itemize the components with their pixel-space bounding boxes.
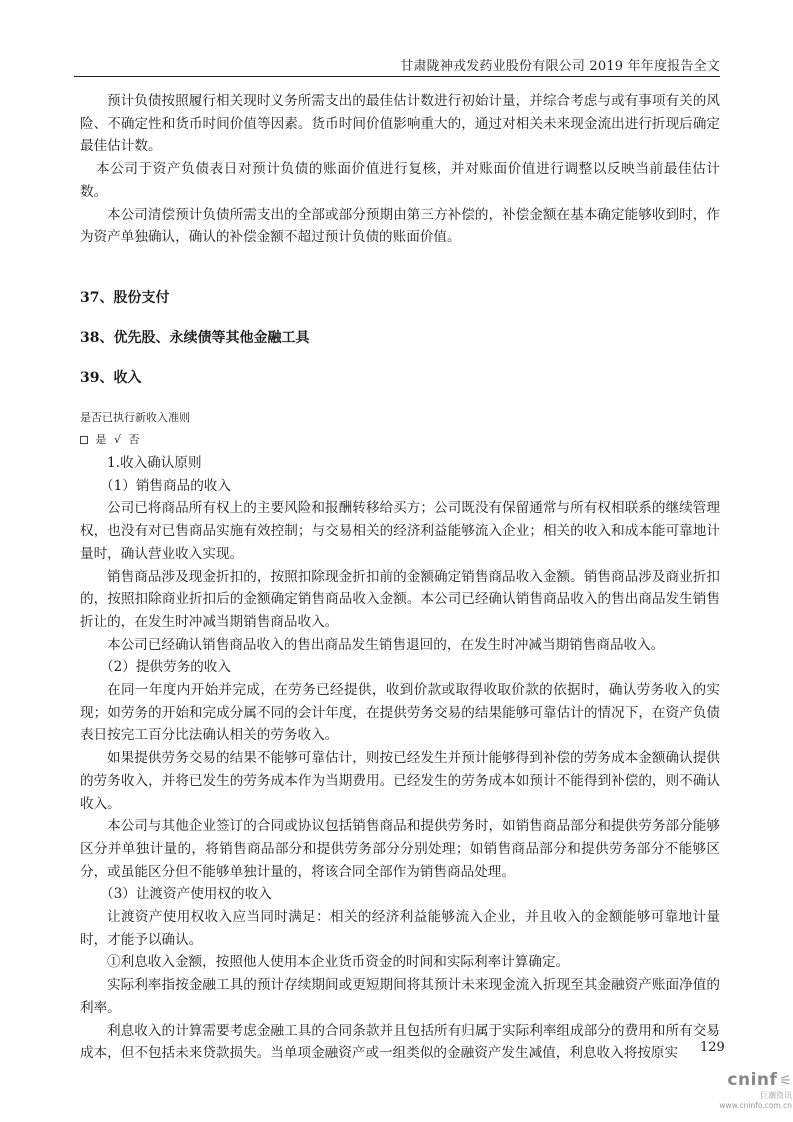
page-header: 甘肃陇神戎发药业股份有限公司 2019 年年度报告全文	[74, 52, 720, 77]
paragraph: 预计负债按照履行相关现时义务所需支出的最佳估计数进行初始计量，并综合考虑与或有事…	[80, 90, 720, 158]
paragraph: ①利息收入金额，按照他人使用本企业货币资金的时间和实际利率计算确定。	[80, 951, 720, 974]
paragraph: 本公司已经确认销售商品收入的售出商品发生销售退回的，在发生时冲减当期销售商品收入…	[80, 634, 720, 657]
logo-chinese: 巨潮资讯	[712, 1090, 792, 1101]
checkbox-icon	[80, 436, 88, 444]
paragraph: 本公司与其他企业签订的合同或协议包括销售商品和提供劳务时，如销售商品部分和提供劳…	[80, 815, 720, 883]
section-heading-39: 39、收入	[80, 367, 141, 387]
option-yes-label: 是	[96, 433, 107, 446]
paragraph: 实际利率指按金融工具的预计存续期间或更短期间将其预计未来现金流入折现至其金融资产…	[80, 974, 720, 1019]
logo-mark-icon: ⚟	[779, 1073, 792, 1089]
page-number: 129	[700, 1040, 725, 1055]
cninfo-logo: cninf⚟ 巨潮资讯 www.cninfo.com.cn	[712, 1070, 792, 1110]
option-no-label: 否	[129, 433, 140, 446]
provisions-section: 预计负债按照履行相关现时义务所需支出的最佳估计数进行初始计量，并综合考虑与或有事…	[80, 90, 720, 249]
subheading: （2）提供劳务的收入	[80, 656, 720, 679]
paragraph: 公司已将商品所有权上的主要风险和报酬转移给买方；公司既没有保留通常与所有权相联系…	[80, 497, 720, 565]
subheading: （1）销售商品的收入	[80, 475, 720, 498]
new-standard-options: 是 √ 否	[80, 431, 140, 447]
paragraph: 本公司于资产负债表日对预计负债的账面价值进行复核，并对账面价值进行调整以反映当前…	[80, 158, 720, 203]
paragraph: 销售商品涉及现金折扣的，按照扣除现金折扣前的金额确定销售商品收入金额。销售商品涉…	[80, 566, 720, 634]
logo-wordmark: cninf⚟	[712, 1070, 792, 1090]
paragraph: 本公司清偿预计负债所需支出的全部或部分预期由第三方补偿的，补偿金额在基本确定能够…	[80, 204, 720, 249]
paragraph: 利息收入的计算需要考虑金融工具的合同条款并且包括所有归属于实际利率组成部分的费用…	[80, 1020, 720, 1065]
check-mark-icon: √	[114, 433, 121, 446]
paragraph: 如果提供劳务交易的结果不能够可靠估计，则按已经发生并预计能够得到补偿的劳务成本金…	[80, 747, 720, 815]
section-heading-37: 37、股份支付	[80, 287, 169, 307]
subheading: 1.收入确认原则	[80, 452, 720, 475]
paragraph: 在同一年度内开始并完成，在劳务已经提供，收到价款或取得收取价款的依据时，确认劳务…	[80, 679, 720, 747]
section-heading-38: 38、优先股、永续债等其他金融工具	[80, 327, 309, 347]
new-standard-question: 是否已执行新收入准则	[80, 409, 190, 425]
paragraph: 让渡资产使用权收入应当同时满足：相关的经济利益能够流入企业，并且收入的金额能够可…	[80, 906, 720, 951]
header-title: 甘肃陇神戎发药业股份有限公司 2019 年年度报告全文	[400, 55, 720, 74]
logo-url: www.cninfo.com.cn	[712, 1101, 792, 1110]
subheading: （3）让渡资产使用权的收入	[80, 883, 720, 906]
revenue-recognition-section: 1.收入确认原则 （1）销售商品的收入 公司已将商品所有权上的主要风险和报酬转移…	[80, 452, 720, 1065]
